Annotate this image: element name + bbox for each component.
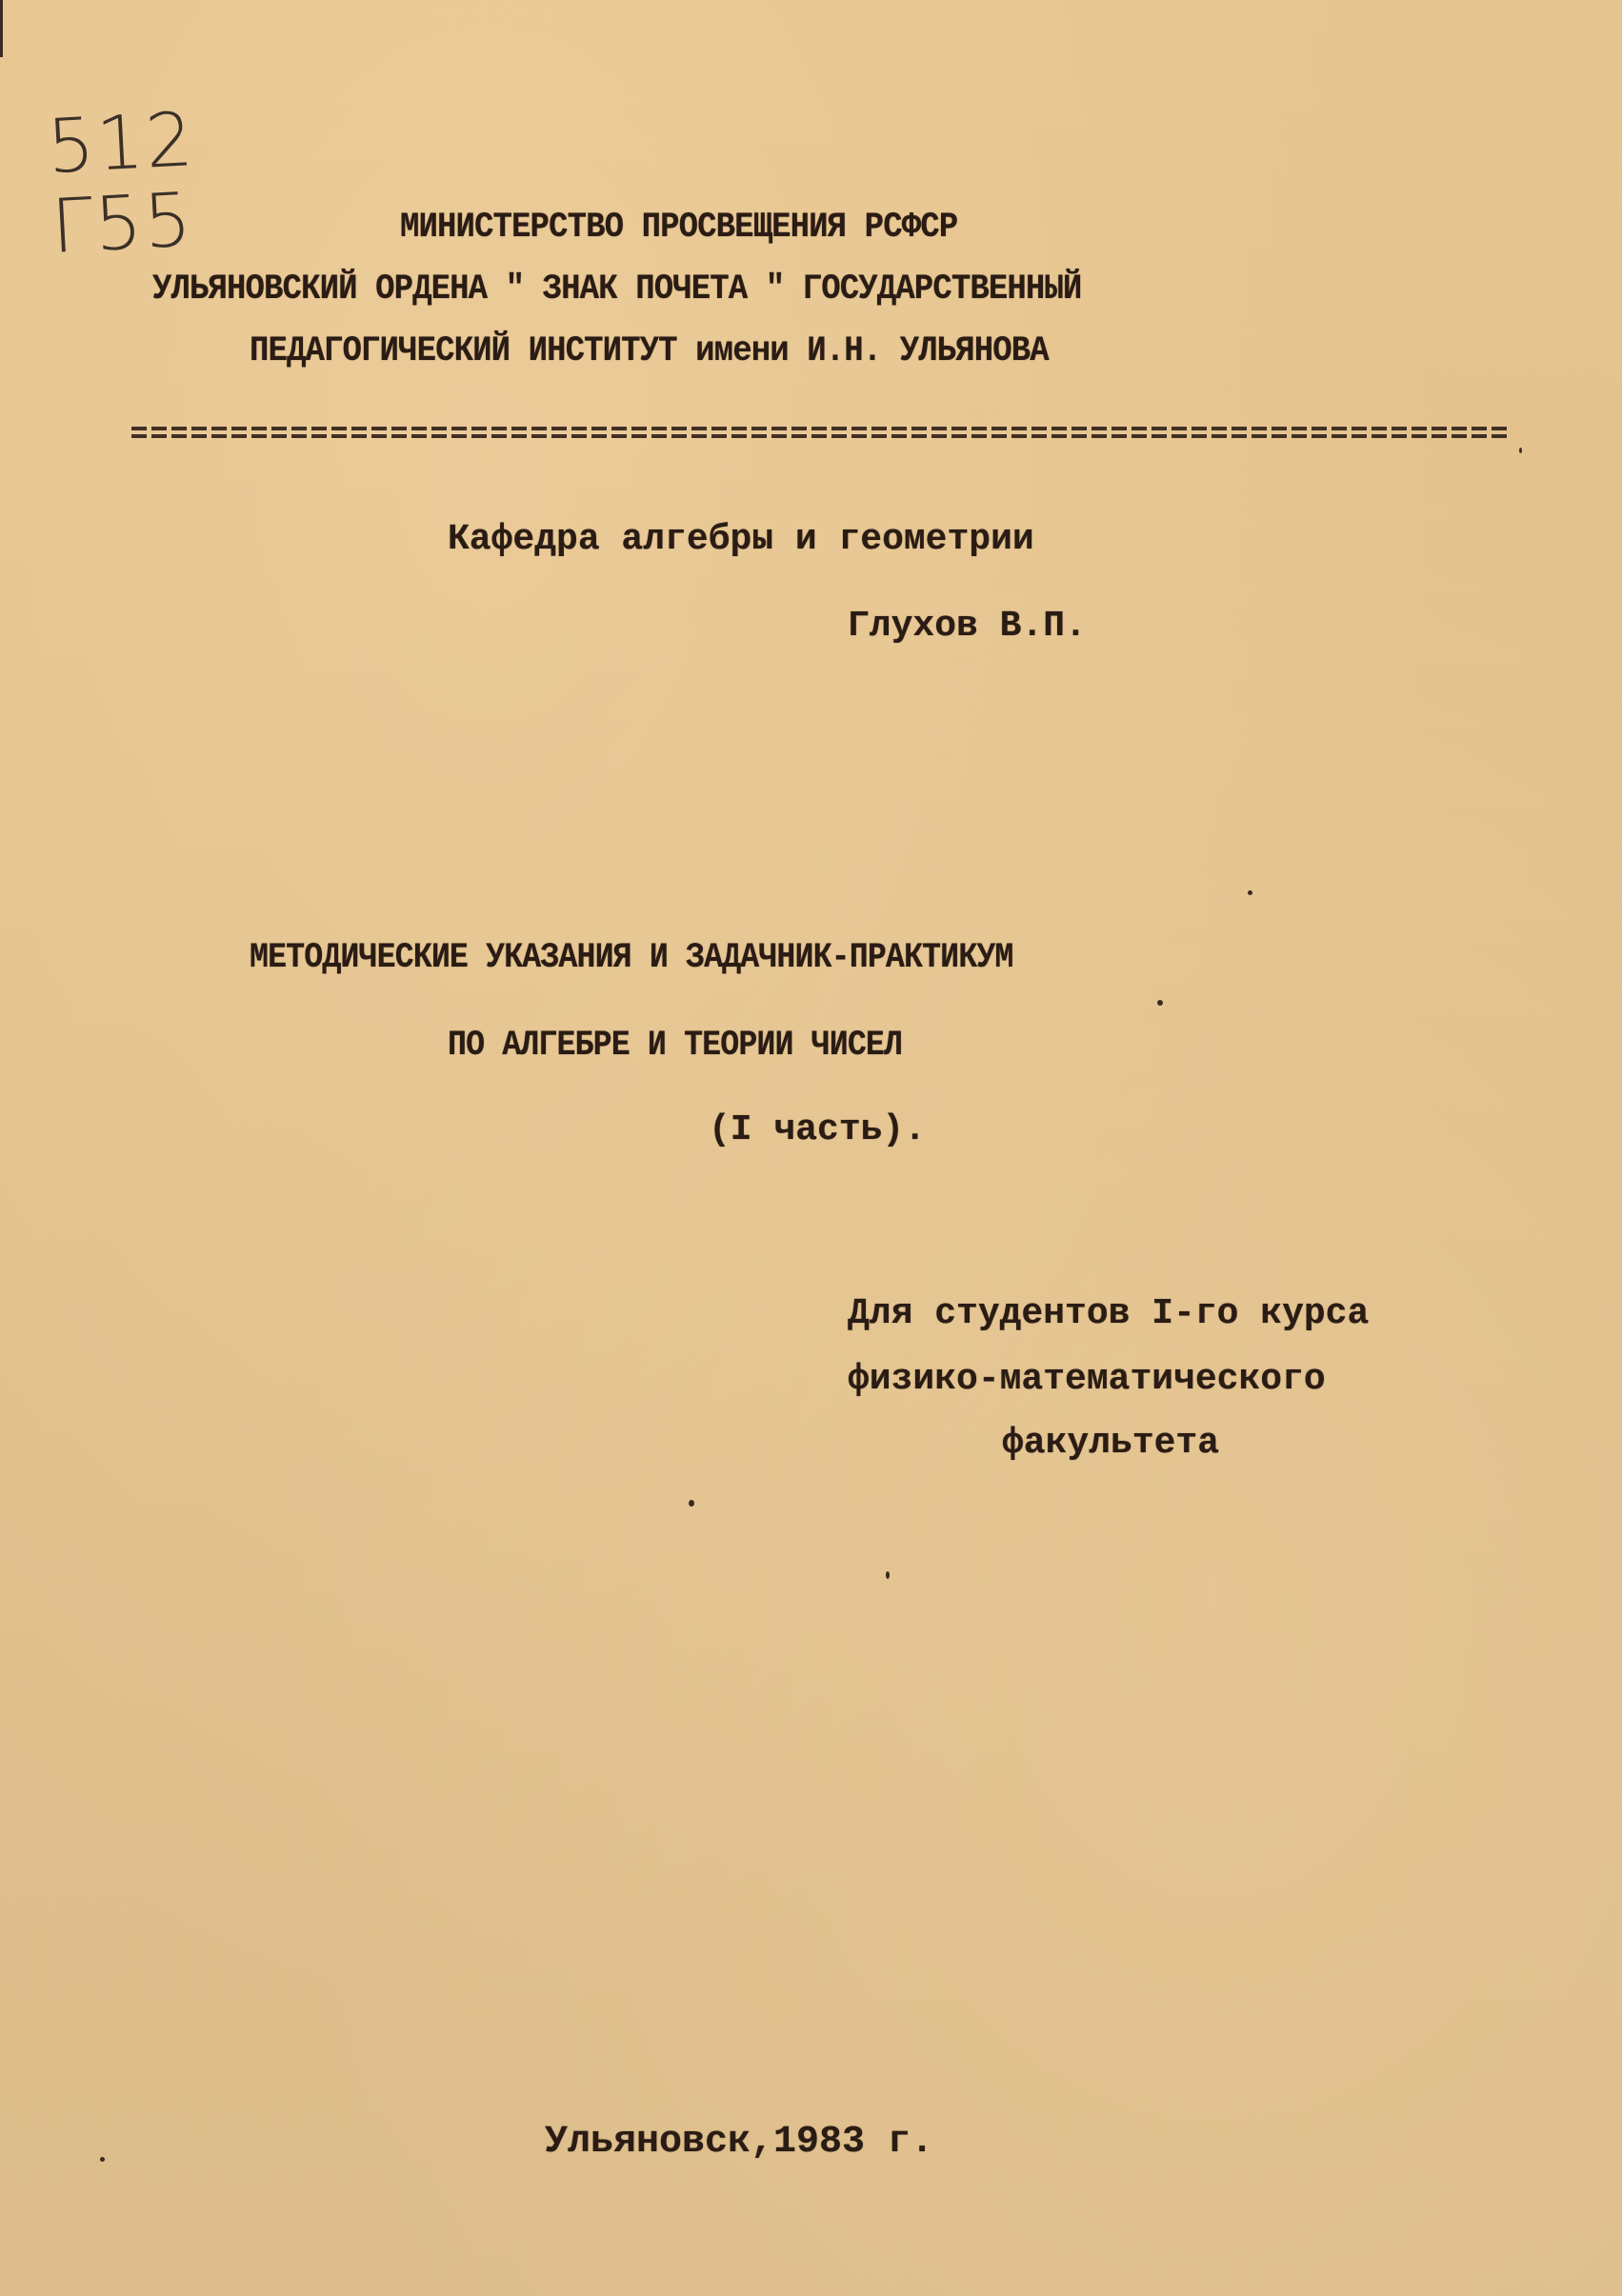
paper-speck [100,2157,105,2162]
paper-speck [1248,890,1252,895]
paper-speck [689,1500,694,1507]
document-title-line-1: МЕТОДИЧЕСКИЕ УКАЗАНИЯ И ЗАДАЧНИК-ПРАКТИК… [250,938,1013,978]
paper-speck [886,1571,890,1579]
paper-speck [1157,1000,1163,1006]
ministry-heading: МИНИСТЕРСТВО ПРОСВЕЩЕНИЯ РСФСР [400,208,957,248]
document-title-line-2: ПО АЛГЕБРЕ И ТЕОРИИ ЧИСЕЛ [448,1026,902,1066]
department-name: Кафедра алгебры и геометрии [448,519,1034,560]
page-edge-mark [0,0,3,57]
paper-speck [1519,448,1522,453]
audience-line-1: Для студентов I-го курса [848,1293,1369,1334]
imprint-place-year: Ульяновск,1983 г. [545,2121,933,2164]
institute-heading: УЛЬЯНОВСКИЙ ОРДЕНА " ЗНАК ПОЧЕТА " ГОСУД… [152,270,1081,309]
document-page: 512 Г55 МИНИСТЕРСТВО ПРОСВЕЩЕНИЯ РСФСР У… [0,0,1622,2296]
document-part: (I часть). [709,1109,926,1150]
institute-name-heading: ПЕДАГОГИЧЕСКИЙ ИНСТИТУТ имени И.Н. УЛЬЯН… [250,331,1049,371]
typed-double-rule-divider [131,427,1509,440]
author-name: Глухов В.П. [848,606,1087,647]
handwritten-shelfmark: 512 Г55 [46,103,201,270]
audience-line-3: факультета [1002,1423,1219,1464]
audience-line-2: физико-математического [848,1359,1326,1400]
shelfmark-author-mark: Г55 [50,183,201,270]
